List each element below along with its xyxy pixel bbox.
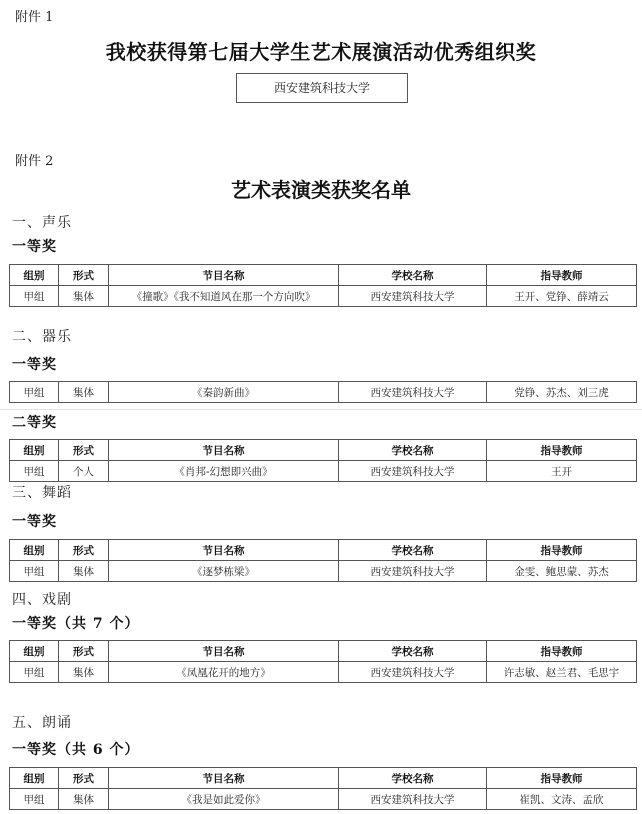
table-header-row: 组别 形式 节目名称 学校名称 指导教师	[10, 265, 637, 286]
cell-program: 《肖邦-幻想即兴曲》	[109, 461, 339, 482]
prize-heading: 一等奖（共 6 个）	[12, 739, 140, 759]
school-name-box: 西安建筑科技大学	[236, 73, 408, 103]
cell-group: 甲组	[10, 461, 59, 482]
cell-group: 甲组	[10, 382, 59, 403]
header-group: 组别	[10, 265, 59, 286]
cell-program: 《我是如此爱你》	[109, 789, 339, 810]
header-group: 组别	[10, 641, 59, 662]
awards-table-instrumental-second: 组别 形式 节目名称 学校名称 指导教师 甲组 个人 《肖邦-幻想即兴曲》 西安…	[9, 439, 637, 482]
header-form: 形式	[59, 440, 109, 461]
cell-instructor: 崔凯、文涛、孟欣	[487, 789, 637, 810]
section-heading-vocal: 一、声乐	[12, 212, 72, 232]
cell-program: 《秦韵新曲》	[109, 382, 339, 403]
table-header-row: 组别 形式 节目名称 学校名称 指导教师	[10, 768, 637, 789]
header-instructor: 指导教师	[487, 768, 637, 789]
prize-heading: 一等奖（共 7 个）	[12, 613, 140, 633]
header-program: 节目名称	[109, 265, 339, 286]
awards-table-instrumental-first: 甲组 集体 《秦韵新曲》 西安建筑科技大学 党铮、苏杰、刘三虎	[9, 381, 637, 403]
section-heading-drama: 四、戏剧	[12, 589, 72, 609]
header-program: 节目名称	[109, 768, 339, 789]
cell-school: 西安建筑科技大学	[339, 286, 487, 307]
header-group: 组别	[10, 540, 59, 561]
prize-heading: 一等奖	[12, 236, 57, 256]
table-row: 甲组 集体 《我是如此爱你》 西安建筑科技大学 崔凯、文涛、孟欣	[10, 789, 637, 810]
cell-program: 《撞歌》《我不知道风在那一个方向吹》	[109, 286, 339, 307]
header-instructor: 指导教师	[487, 540, 637, 561]
prize-heading: 一等奖	[12, 354, 57, 374]
header-form: 形式	[59, 540, 109, 561]
header-form: 形式	[59, 641, 109, 662]
header-instructor: 指导教师	[487, 440, 637, 461]
table-row: 甲组 集体 《撞歌》《我不知道风在那一个方向吹》 西安建筑科技大学 王开、党铮、…	[10, 286, 637, 307]
cell-program: 《凤凰花开的地方》	[109, 662, 339, 683]
cell-group: 甲组	[10, 286, 59, 307]
list-title: 艺术表演类获奖名单	[0, 174, 642, 203]
header-school: 学校名称	[339, 768, 487, 789]
header-school: 学校名称	[339, 265, 487, 286]
cell-form: 集体	[59, 789, 109, 810]
awards-table-dance-first: 组别 形式 节目名称 学校名称 指导教师 甲组 集体 《逐梦栋梁》 西安建筑科技…	[9, 539, 637, 582]
cell-form: 集体	[59, 662, 109, 683]
cell-form: 个人	[59, 461, 109, 482]
cell-instructor: 许志敏、赵兰君、毛思宇	[487, 662, 637, 683]
header-program: 节目名称	[109, 641, 339, 662]
cell-instructor: 王开、党铮、薛靖云	[487, 286, 637, 307]
cell-school: 西安建筑科技大学	[339, 789, 487, 810]
header-instructor: 指导教师	[487, 641, 637, 662]
section-heading-instrumental: 二、器乐	[12, 326, 72, 346]
awards-table-drama-first: 组别 形式 节目名称 学校名称 指导教师 甲组 集体 《凤凰花开的地方》 西安建…	[9, 640, 637, 683]
cell-instructor: 王开	[487, 461, 637, 482]
cell-group: 甲组	[10, 662, 59, 683]
cell-form: 集体	[59, 382, 109, 403]
header-form: 形式	[59, 768, 109, 789]
header-group: 组别	[10, 768, 59, 789]
section-heading-dance: 三、舞蹈	[12, 482, 72, 502]
table-header-row: 组别 形式 节目名称 学校名称 指导教师	[10, 440, 637, 461]
header-group: 组别	[10, 440, 59, 461]
header-program: 节目名称	[109, 440, 339, 461]
cell-form: 集体	[59, 286, 109, 307]
cell-school: 西安建筑科技大学	[339, 461, 487, 482]
cell-group: 甲组	[10, 789, 59, 810]
cell-group: 甲组	[10, 561, 59, 582]
header-school: 学校名称	[339, 540, 487, 561]
header-school: 学校名称	[339, 641, 487, 662]
cell-form: 集体	[59, 561, 109, 582]
awards-table-vocal-first: 组别 形式 节目名称 学校名称 指导教师 甲组 集体 《撞歌》《我不知道风在那一…	[9, 264, 637, 307]
table-row: 甲组 集体 《逐梦栋梁》 西安建筑科技大学 金雯、鲍思蒙、苏杰	[10, 561, 637, 582]
cell-instructor: 金雯、鲍思蒙、苏杰	[487, 561, 637, 582]
cell-school: 西安建筑科技大学	[339, 561, 487, 582]
table-header-row: 组别 形式 节目名称 学校名称 指导教师	[10, 540, 637, 561]
header-program: 节目名称	[109, 540, 339, 561]
awards-table-recitation-first: 组别 形式 节目名称 学校名称 指导教师 甲组 集体 《我是如此爱你》 西安建筑…	[9, 767, 637, 810]
header-instructor: 指导教师	[487, 265, 637, 286]
table-row: 甲组 个人 《肖邦-幻想即兴曲》 西安建筑科技大学 王开	[10, 461, 637, 482]
table-header-row: 组别 形式 节目名称 学校名称 指导教师	[10, 641, 637, 662]
award-title: 我校获得第七届大学生艺术展演活动优秀组织奖	[0, 36, 642, 65]
prize-heading: 二等奖	[12, 412, 57, 432]
attachment-1-label: 附件 1	[15, 6, 53, 25]
header-school: 学校名称	[339, 440, 487, 461]
cell-school: 西安建筑科技大学	[339, 382, 487, 403]
cell-instructor: 党铮、苏杰、刘三虎	[487, 382, 637, 403]
page-break-line	[0, 409, 642, 410]
table-row: 甲组 集体 《凤凰花开的地方》 西安建筑科技大学 许志敏、赵兰君、毛思宇	[10, 662, 637, 683]
cell-program: 《逐梦栋梁》	[109, 561, 339, 582]
section-heading-recitation: 五、朗诵	[12, 712, 72, 732]
table-row: 甲组 集体 《秦韵新曲》 西安建筑科技大学 党铮、苏杰、刘三虎	[10, 382, 637, 403]
cell-school: 西安建筑科技大学	[339, 662, 487, 683]
prize-heading: 一等奖	[12, 511, 57, 531]
header-form: 形式	[59, 265, 109, 286]
attachment-2-label: 附件 2	[15, 150, 53, 169]
